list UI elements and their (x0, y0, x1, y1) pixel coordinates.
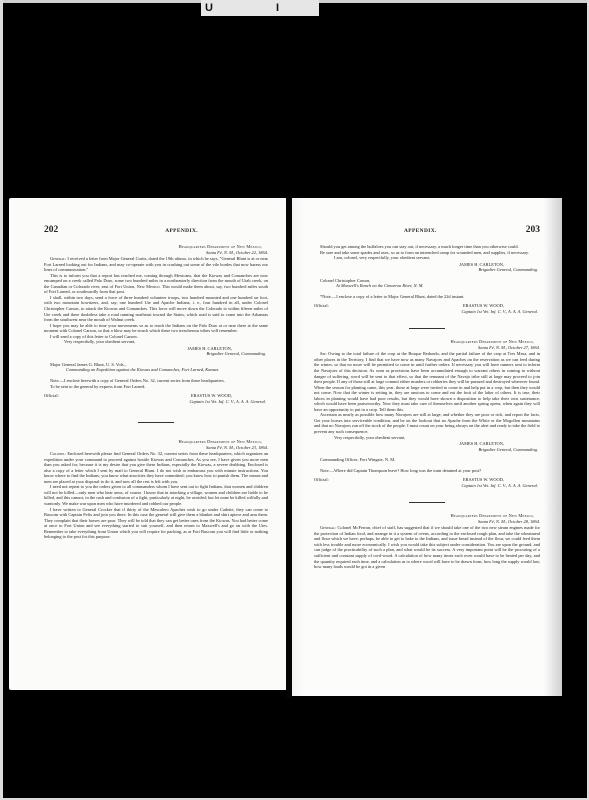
official-title: Captain 1st Vet. Inf. C. V., A. A. A. Ge… (314, 309, 540, 315)
salutation: General: (320, 525, 336, 530)
official-title: Captain 1st Vet. Inf. C. V., A. A. A. Ge… (44, 399, 268, 405)
section-divider (138, 422, 174, 423)
signer-title: Brigadier General, Commanding. (44, 351, 268, 357)
salutation: Colonel: (50, 451, 66, 456)
letter-date: Santa Fé, N. M., October 27, 1864. (314, 345, 540, 351)
left-page: 202 APPENDIX. Headquarters Department of… (9, 198, 286, 690)
official-label: Official: (44, 393, 59, 399)
letter: Headquarters Department of New Mexico, S… (44, 439, 268, 540)
salutation: Sir: (320, 351, 327, 356)
letter-paragraph: I have written to General Crocker that i… (44, 507, 268, 540)
scan-tab-marks: U I I I (201, 0, 319, 16)
signer-title: Brigadier General, Commanding. (314, 447, 540, 453)
letter-date: Santa Fé, N. M., October 23, 1864. (44, 445, 268, 451)
closing: Very respectfully, your obedient servant… (44, 339, 268, 345)
page-number: 202 (44, 226, 58, 234)
letter-paragraph: General: I received a letter from Major … (44, 256, 268, 273)
letter-paragraph: Should you get among the buffaloes you c… (314, 244, 540, 250)
right-page: APPENDIX. 203 Should you get among the b… (292, 198, 562, 696)
addressee: Commanding Officer, Fort Wingate, N. M. (314, 457, 540, 463)
letter-paragraph: I need not repeat to you the orders give… (44, 484, 268, 506)
letter-paragraph: Colonel: Enclosed herewith please find G… (44, 451, 268, 484)
letter: Headquarters Department of New Mexico, S… (314, 339, 540, 488)
section-divider (409, 502, 445, 503)
closing: I am, colonel, very respectfully, your o… (314, 255, 540, 261)
letter: Headquarters Department of New Mexico, S… (314, 513, 540, 569)
running-title: APPENDIX. (165, 227, 198, 235)
letter-date: Santa Fé, N. M., October 22, 1864. (44, 250, 268, 256)
page-number: 203 (526, 226, 540, 234)
letter-paragraph: General: Colonel McFerran, chief of staf… (314, 525, 540, 569)
letter-date: Santa Fé, N. M., October 28, 1864. (314, 519, 540, 525)
letter-continuation: Should you get among the buffaloes you c… (314, 244, 540, 314)
letter-paragraph: Ascertain as nearly as possible how many… (314, 412, 540, 434)
letter-paragraph: Sir: Owing to the total failure of the c… (314, 351, 540, 412)
note: Note.—Where did Captain Thompson leave? … (314, 468, 540, 474)
letter: Headquarters Department of New Mexico, S… (44, 244, 268, 404)
scan-left-edge (0, 0, 3, 800)
addressee-sub: At Maxwell's Ranch on the Cimarron River… (314, 283, 540, 289)
letter-paragraph: This is to inform you that a report has … (44, 273, 268, 295)
running-title: APPENDIX. (404, 227, 437, 235)
official-name: ERASTUS W. WOOD, (191, 393, 232, 399)
addressee-sub: Commanding an Expedition against the Kio… (44, 367, 268, 373)
salutation: General: (50, 256, 66, 261)
official-label: Official: (314, 303, 329, 309)
note: *Note.—I enclose a copy of a letter to M… (314, 294, 540, 300)
letter-paragraph: I hope you may be able to time your move… (44, 323, 268, 334)
section-divider (409, 328, 445, 329)
running-head: 202 APPENDIX. (44, 226, 268, 235)
running-head: APPENDIX. 203 (314, 226, 540, 235)
note: To be sent to the general by express fro… (44, 384, 268, 390)
letter-paragraph: I shall, within two days, send a force o… (44, 295, 268, 323)
signer-title: Brigadier General, Commanding. (314, 267, 540, 273)
official-title: Captain 1st Vet. Inf. C. V., A. A. A. Ge… (314, 483, 540, 489)
official-label: Official: (314, 477, 329, 483)
closing: Very respectfully, your obedient servant… (314, 435, 540, 441)
